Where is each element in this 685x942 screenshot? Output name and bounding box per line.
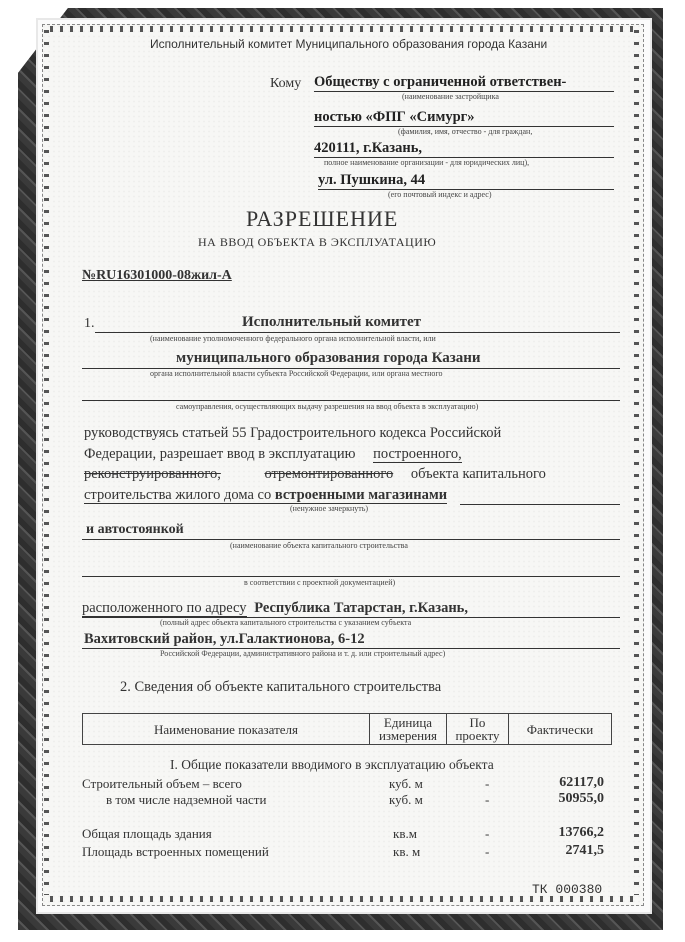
indicator-unit: кв.м xyxy=(393,826,417,842)
caption-address-2: Российской Федерации, административного … xyxy=(160,649,445,658)
indicator-unit: кв. м xyxy=(393,844,420,860)
indicators-table-header: Наименование показателя Единица измерени… xyxy=(82,713,612,745)
indicator-name: в том числе надземной части xyxy=(106,792,266,808)
paragraph-line-2: Федерации, разрешает ввод в эксплуатацию… xyxy=(84,446,462,463)
paragraph-line-1: руководствуясь статьей 55 Градостроитель… xyxy=(84,425,501,442)
option-repaired-struck: отремонтированного xyxy=(264,466,393,482)
recipient-label: Кому xyxy=(270,76,301,92)
ornament-top xyxy=(50,26,640,32)
address-value-1: Республика Татарстан, г.Казань, xyxy=(254,600,468,616)
recipient-value: ностью «ФПГ «Симург» xyxy=(314,109,614,127)
recipient-value: Обществу с ограниченной ответствен- xyxy=(314,74,614,92)
paragraph-text: объекта капитального xyxy=(411,466,546,482)
indicator-actual: 13766,2 xyxy=(514,825,604,841)
paragraph-text: Федерации, разрешает ввод в эксплуатацию xyxy=(84,446,356,462)
form-line xyxy=(82,400,620,401)
indicator-actual: 2741,5 xyxy=(514,843,604,859)
indicator-project: - xyxy=(485,826,489,842)
header-indicator-name: Наименование показателя xyxy=(83,714,370,745)
paragraph-line-3: реконструированного, отремонтированного … xyxy=(84,466,546,483)
indicator-name: Строительный объем – всего xyxy=(82,776,242,792)
indicator-actual: 62117,0 xyxy=(514,775,604,791)
header-actual: Фактически xyxy=(509,714,612,745)
recipient-caption: полное наименование организации - для юр… xyxy=(314,158,614,167)
indicator-project: - xyxy=(485,776,489,792)
form-line xyxy=(82,576,620,577)
caption-object-name: (наименование объекта капитального строи… xyxy=(230,541,408,550)
recipient-caption: (его почтовый индекс и адрес) xyxy=(318,190,614,199)
address-line-1: расположенного по адресу Республика Тата… xyxy=(82,600,468,617)
section-2-title: 2. Сведения об объекте капитального стро… xyxy=(120,679,441,696)
indicator-name: Площадь встроенных помещений xyxy=(82,844,269,860)
caption-authority-1: (наименование уполномоченного федерально… xyxy=(150,334,436,343)
authority-line-1: Исполнительный комитет xyxy=(242,314,421,331)
form-line xyxy=(460,504,620,505)
document-subtitle: НА ВВОД ОБЪЕКТА В ЭКСПЛУАТАЦИЮ xyxy=(198,235,436,250)
recipient-value: ул. Пушкина, 44 xyxy=(318,172,614,190)
indicator-unit: куб. м xyxy=(389,792,423,808)
indicator-name: Общая площадь здания xyxy=(82,826,212,842)
paragraph-line-4: строительства жилого дома со встроенными… xyxy=(84,487,447,504)
caption-strike-instruction: (ненужное зачеркнуть) xyxy=(290,504,368,513)
header-unit: Единица измерения xyxy=(370,714,447,745)
recipient-line-2: ностью «ФПГ «Симург» (фамилия, имя, отче… xyxy=(314,109,614,136)
section-1-number: 1. xyxy=(84,316,95,332)
indicators-group-title: I. Общие показатели вводимого в эксплуат… xyxy=(170,757,494,773)
recipient-caption: (фамилия, имя, отчество - для граждан, xyxy=(314,127,614,136)
form-line xyxy=(82,539,620,540)
form-line xyxy=(95,332,620,333)
recipient-caption: (наименование застройщика xyxy=(314,92,614,101)
permit-number: №RU16301000-08жил-А xyxy=(82,268,232,284)
indicator-unit: куб. м xyxy=(389,776,423,792)
indicator-actual: 50955,0 xyxy=(514,791,604,807)
option-built: построенного, xyxy=(373,446,462,463)
address-value-2: Вахитовский район, ул.Галактионова, 6-12 xyxy=(84,631,365,648)
option-reconstructed-struck: реконструированного, xyxy=(84,466,221,482)
issuing-organization-header: Исполнительный комитет Муниципального об… xyxy=(150,37,547,51)
caption-address-1: (полный адрес объекта капитального строи… xyxy=(160,618,411,627)
address-label: расположенного по адресу xyxy=(82,600,247,617)
recipient-line-4: ул. Пушкина, 44 (его почтовый индекс и а… xyxy=(318,172,614,199)
ornament-left xyxy=(44,30,49,895)
recipient-line-3: 420111, г.Казань, полное наименование ор… xyxy=(314,140,614,167)
recipient-line-1: Обществу с ограниченной ответствен- (наи… xyxy=(314,74,614,101)
document-title: РАЗРЕШЕНИЕ xyxy=(246,206,398,232)
object-name-part: строительства жилого дома со xyxy=(84,487,275,504)
caption-authority-2: органа исполнительной власти субъекта Ро… xyxy=(150,369,443,378)
ornament-right xyxy=(634,30,639,895)
form-serial-number: ТК 000380 xyxy=(532,882,602,897)
authority-line-2: муниципального образования города Казани xyxy=(176,350,481,367)
header-project: По проекту xyxy=(447,714,509,745)
indicator-project: - xyxy=(485,844,489,860)
recipient-value: 420111, г.Казань, xyxy=(314,140,614,158)
caption-project-docs: в соответствии с проектной документацией… xyxy=(244,578,395,587)
indicator-project: - xyxy=(485,792,489,808)
object-name-line-2: и автостоянкой xyxy=(86,522,184,538)
caption-authority-3: самоуправления, осуществляющих выдачу ра… xyxy=(176,402,478,411)
object-name-bold: встроенными магазинами xyxy=(275,487,447,504)
